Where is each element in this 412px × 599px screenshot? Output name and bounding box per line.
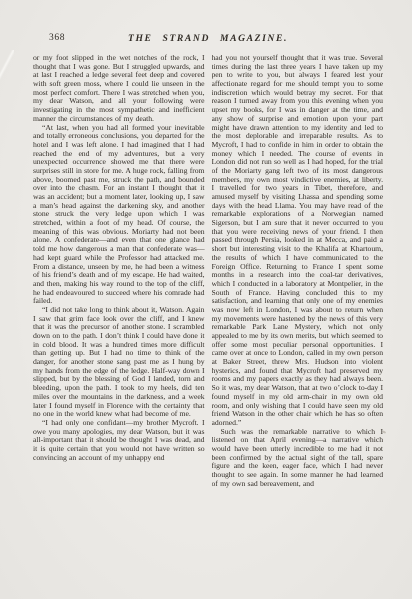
paragraph: “At last, when you had all formed your i… xyxy=(33,124,205,306)
scan-artifact-speck xyxy=(194,186,196,189)
page-header: 368 THE STRAND MAGAZINE. xyxy=(33,33,383,46)
running-title: THE STRAND MAGAZINE. xyxy=(33,33,383,44)
text-columns: or my foot slipped in the wet notches of… xyxy=(33,54,383,568)
paragraph: “I had only one confidant—my brother Myc… xyxy=(33,419,205,462)
paragraph: Such was the remarkable narrative to whi… xyxy=(212,428,384,489)
scan-artifact-scratch xyxy=(0,50,14,80)
paragraph-continuation: had you not yourself thought that it was… xyxy=(212,54,384,428)
right-column: had you not yourself thought that it was… xyxy=(212,54,384,568)
paragraph: “I did not take long to think about it, … xyxy=(33,306,205,419)
paragraph-continuation: or my foot slipped in the wet notches of… xyxy=(33,54,205,124)
page-number: 368 xyxy=(49,33,65,43)
magazine-page: 368 THE STRAND MAGAZINE. or my foot slip… xyxy=(0,0,412,599)
left-column: or my foot slipped in the wet notches of… xyxy=(33,54,205,568)
